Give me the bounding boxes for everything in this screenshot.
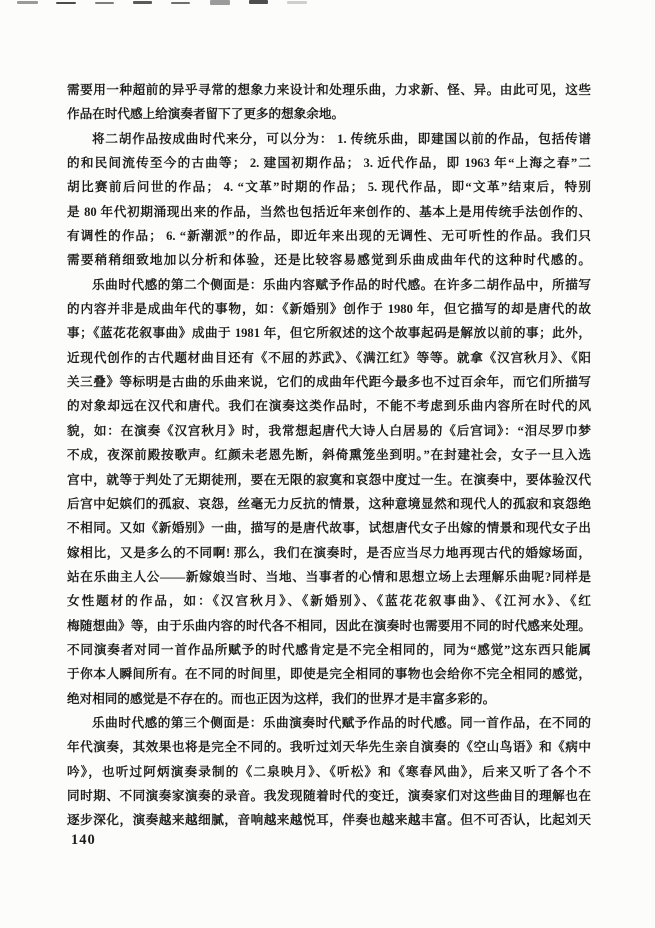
- text-line: 同时期、不同演奏家演奏的录音。我发现随着时代的变迁，演奏家们对这些曲目的理解也在: [67, 784, 591, 808]
- page-number: 140: [71, 831, 96, 849]
- text-line: 女性题材的作品，如：《汉宫秋月》、《新婚别》、《蓝花花叙事曲》、《江河水》、《红: [67, 589, 591, 613]
- scan-artifact-dash: [133, 1, 152, 4]
- text-line: 的和民间流传至今的古曲等； 2. 建国初期作品； 3. 近代作品，即 1963 …: [67, 151, 591, 175]
- text-line: 不同演奏者对同一首作品所赋予的时代感肯定是不完全相同的，同为“感觉”这东西只能属: [67, 638, 591, 662]
- text-line: 胡比赛前后问世的作品； 4. “文革”时期的作品； 5. 现代作品，即“文革”结…: [67, 175, 591, 199]
- scan-artifact-dash: [56, 2, 76, 4]
- scan-artifact-dash: [171, 2, 190, 4]
- text-line: 吟》，也听过阿炳演奏录制的《二泉映月》、《听松》和《寒春风曲》，后来又听了各个不: [67, 760, 591, 784]
- text-line: 乐曲时代感的第二个侧面是：乐曲内容赋予作品的时代感。在许多二胡作品中，所描写: [67, 273, 591, 297]
- text-line: 事；《蓝花花叙事曲》成曲于 1981 年，但它所叙述的这个故事起码是解放以前的事…: [67, 321, 591, 345]
- text-line: 不相同。又如《新婚别》一曲，描写的是唐代故事，试想唐代女子出嫁的情景和现代女子出: [67, 516, 591, 540]
- text-line: 乐曲时代感的第三个侧面是：乐曲演奏时代赋予作品的时代感。同一首作品，在不同的: [67, 711, 591, 735]
- text-line: 作品在时代感上给演奏者留下了更多的想象余地。: [67, 102, 591, 126]
- text-line: 近现代创作的古代题材曲目还有《不屈的苏武》、《满江红》等等。就拿《汉宫秋月》、《…: [67, 346, 591, 370]
- scan-artifact-dash: [17, 1, 38, 4]
- text-line: 梅随想曲》等，由于乐曲内容的时代各不相同，因此在演奏时也需要用不同的时代感来处理…: [67, 614, 591, 638]
- text-line: 不成，夜深前殿按歌声。红颜未老恩先断，斜倚熏笼坐到明。”在封建社会，女子一旦入选: [67, 443, 591, 467]
- text-line: 后宫中妃嫔们的孤寂、哀怨，丝毫无力反抗的情景，这种意境显然和现代人的孤寂和哀怨绝: [67, 492, 591, 516]
- text-line: 关三叠》等标明是古曲的乐曲来说，它们的成曲年代距今最多也不过百余年，而它们所描写: [67, 370, 591, 394]
- text-line: 有调性的作品； 6. “新潮派”的作品，即近年来出现的无调性、无可听性的作品。我…: [67, 224, 591, 248]
- text-line: 年代演奏，其效果也将是完全不同的。我听过刘天华先生亲自演奏的《空山鸟语》和《病中: [67, 735, 591, 759]
- document-page: 需要用一种超前的异乎寻常的想象力来设计和处理乐曲，力求新、怪、异。由此可见，这些…: [0, 0, 655, 928]
- text-line: 的对象却远在汉代和唐代。我们在演奏这类作品时，不能不考虑到乐曲内容所在时代的风: [67, 394, 591, 418]
- scan-artifact-dash: [287, 1, 307, 4]
- text-line: 嫁相比，又是多么的不同啊! 那么，我们在演奏时，是否应当尽力地再现古代的婚嫁场面…: [67, 541, 591, 565]
- scan-artifact-marks: [0, 0, 655, 8]
- text-line: 宫中，就等于判处了无期徒刑，要在无限的寂寞和哀怨中度过一生。在演奏中，要体验汉代: [67, 468, 591, 492]
- text-line: 绝对相同的感觉是不存在的。而也正因为这样，我们的世界才是丰富多彩的。: [67, 687, 591, 711]
- scan-artifact-dash: [210, 0, 230, 5]
- text-line: 站在乐曲主人公——新嫁娘当时、当地、当事者的心情和思想立场上去理解乐曲呢?同样是: [67, 565, 591, 589]
- scan-artifact-dash: [249, 0, 268, 4]
- scan-artifact-dash: [95, 2, 114, 4]
- text-line: 需要用一种超前的异乎寻常的想象力来设计和处理乐曲，力求新、怪、异。由此可见，这些: [67, 78, 591, 102]
- text-line: 于你本人瞬间所有。在不同的时间里，即使是完全相同的事物也会给你不完全相同的感觉，: [67, 662, 591, 686]
- text-line: 的内容并非是成曲年代的事物，如：《新婚别》创作于 1980 年，但它描写的却是唐…: [67, 297, 591, 321]
- text-line: 逐步深化，演奏越来越细腻，音响越来越悦耳，伴奏也越来越丰富。但不可否认，比起刘天: [67, 808, 591, 832]
- text-line: 将二胡作品按成曲时代来分，可以分为： 1. 传统乐曲，即建国以前的作品，包括传谱: [67, 127, 591, 151]
- text-line: 貌，如：在演奏《汉宫秋月》时，我常想起唐代大诗人白居易的《后宫词》：“泪尽罗巾梦: [67, 419, 591, 443]
- body-text: 需要用一种超前的异乎寻常的想象力来设计和处理乐曲，力求新、怪、异。由此可见，这些…: [67, 78, 591, 833]
- text-line: 是 80 年代初期涌现出来的作品，当然也包括近年来创作的、基本上是用传统手法创作…: [67, 200, 591, 224]
- text-line: 需要稍稍细致地加以分析和体验，还是比较容易感觉到乐曲成曲年代的这种时代感的。: [67, 248, 591, 272]
